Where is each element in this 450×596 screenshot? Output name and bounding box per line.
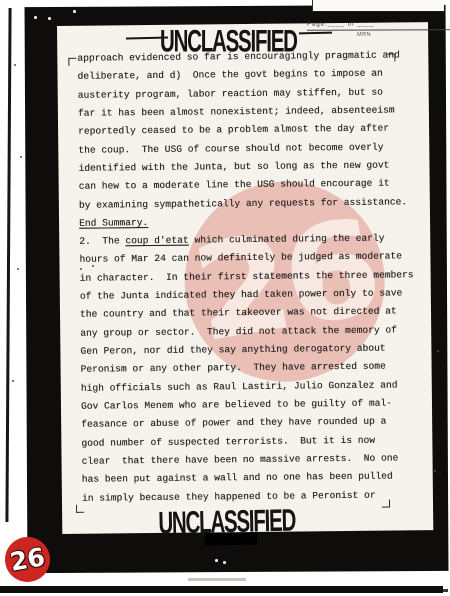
noise-speck — [92, 265, 94, 267]
top-right-corner-box — [312, 0, 444, 12]
noise-speck — [80, 268, 82, 270]
scan-smudge — [188, 578, 246, 581]
noise-speck — [223, 561, 226, 564]
para2-prefix: 2. The — [79, 235, 125, 246]
bottom-scan-bar — [0, 586, 443, 593]
page-number-badge: 26 — [5, 537, 50, 582]
noise-speck — [34, 16, 37, 19]
unclassified-stamp-top: UNCLASSIFIED — [160, 24, 297, 60]
margin-bracket-top-left — [68, 58, 76, 66]
noise-speck — [17, 268, 19, 270]
noise-speck — [73, 10, 76, 13]
page-number-label: Page:____ of ____ — [307, 21, 450, 31]
badge-number: 26 — [8, 542, 47, 577]
noise-speck — [12, 380, 14, 382]
bottom-bar-tail-mark — [443, 589, 448, 592]
noise-speck — [434, 470, 436, 472]
noise-speck — [437, 350, 439, 352]
noise-speck — [14, 64, 16, 66]
para2-suffix: which culminated during the early — [189, 233, 385, 246]
scanned-document-page: { "header": { "page_text": "Page:____ of… — [0, 0, 450, 596]
document-body-text: approach evidenced so far is encouraging… — [77, 49, 416, 510]
noise-speck — [20, 156, 22, 158]
document-page: 26 Page:____ of ____ MRN approach eviden… — [57, 22, 433, 534]
mrn-label: MRN — [357, 32, 371, 38]
noise-speck — [48, 17, 51, 20]
redaction-mark — [205, 533, 257, 546]
scan-edge-line — [5, 8, 11, 522]
noise-speck — [215, 559, 218, 562]
end-summary-underlined: End Summary. — [79, 217, 148, 229]
coup-detat-underlined: coup d'etat — [125, 235, 188, 247]
